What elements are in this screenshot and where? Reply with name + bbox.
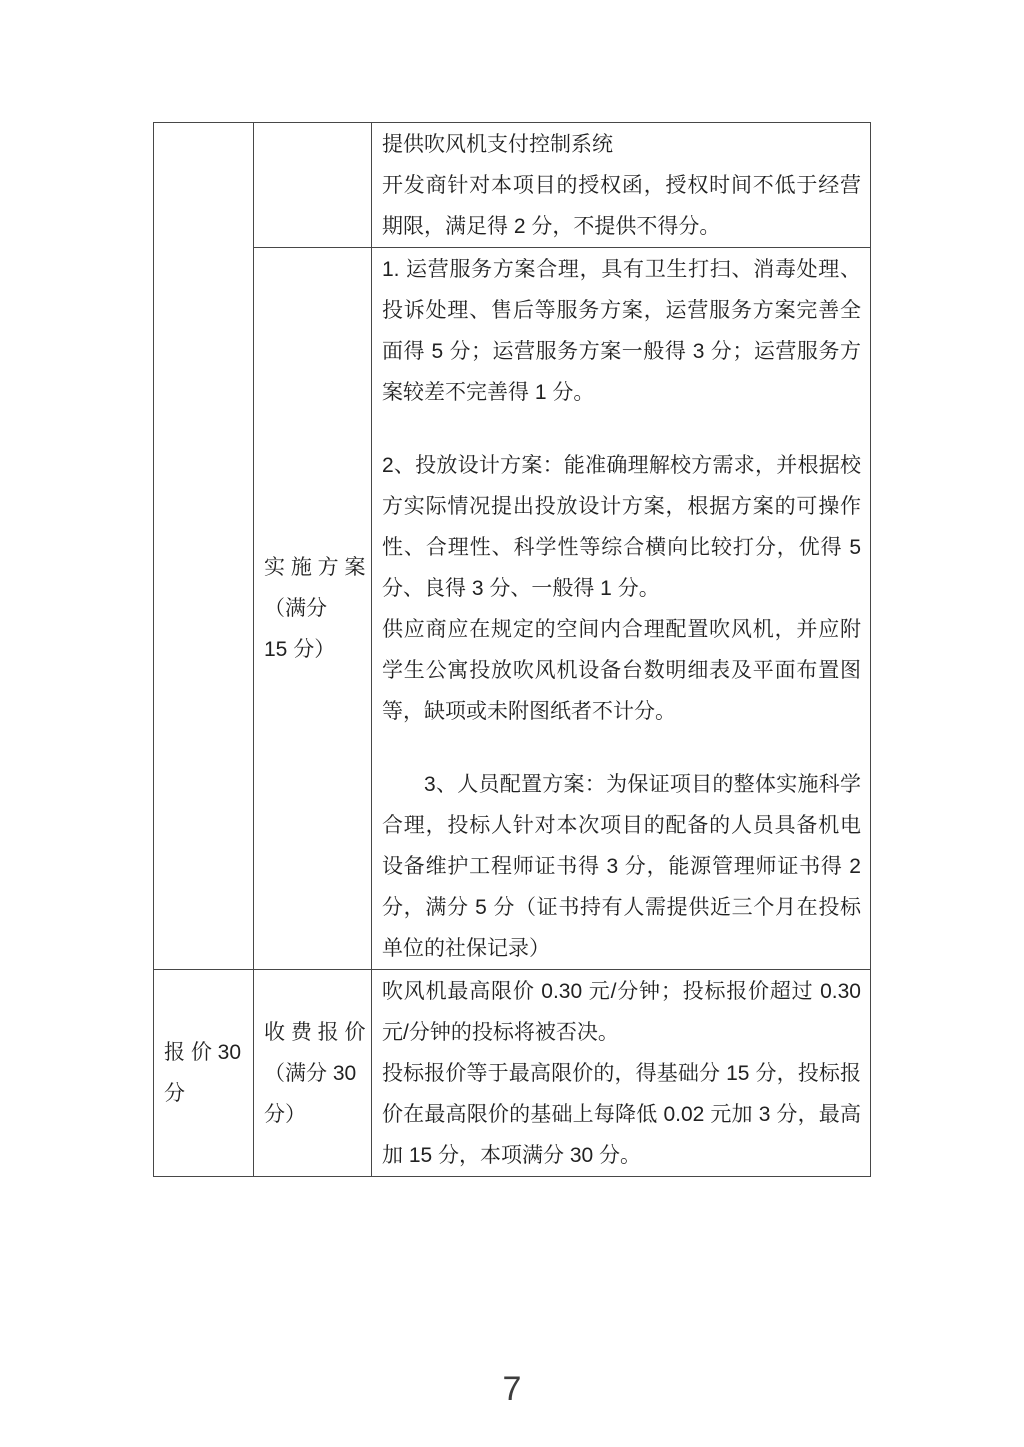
label-line: （满分 [264, 588, 365, 629]
paragraph: 供应商应在规定的空间内合理配置吹风机，并应附学生公寓投放吹风机设备台数明细表及平… [382, 609, 861, 732]
label-line: （满分 30 [264, 1053, 365, 1094]
cell-authorization-criteria: 提供吹风机支付控制系统 开发商针对本项目的授权函，授权时间不低于经营期限，满足得… [372, 123, 871, 248]
evaluation-criteria-table: 提供吹风机支付控制系统 开发商针对本项目的授权函，授权时间不低于经营期限，满足得… [153, 122, 871, 1177]
document-page: 提供吹风机支付控制系统 开发商针对本项目的授权函，授权时间不低于经营期限，满足得… [0, 0, 1024, 1447]
label-line: 分 [164, 1073, 247, 1114]
label-line: 报 价 30 [164, 1032, 247, 1073]
paragraph: 1. 运营服务方案合理，具有卫生打扫、消毒处理、投诉处理、售后等服务方案，运营服… [382, 249, 861, 413]
paragraph: 吹风机最高限价 0.30 元/分钟；投标报价超过 0.30 元/分钟的投标将被否… [382, 971, 861, 1053]
cell-quotation-label: 报 价 30 分 [154, 970, 254, 1177]
cell-category-merged-empty [154, 123, 254, 970]
table-row: 提供吹风机支付控制系统 开发商针对本项目的授权函，授权时间不低于经营期限，满足得… [154, 123, 871, 248]
table-row: 报 价 30 分 收 费 报 价 （满分 30 分） 吹风机最高限价 0.30 … [154, 970, 871, 1177]
cell-implementation-plan-criteria: 1. 运营服务方案合理，具有卫生打扫、消毒处理、投诉处理、售后等服务方案，运营服… [372, 248, 871, 970]
paragraph: 提供吹风机支付控制系统 [382, 124, 861, 165]
cell-subitem-empty [254, 123, 372, 248]
paragraph: 开发商针对本项目的授权函，授权时间不低于经营期限，满足得 2 分，不提供不得分。 [382, 165, 861, 247]
paragraph: 投标报价等于最高限价的，得基础分 15 分，投标报价在最高限价的基础上每降低 0… [382, 1053, 861, 1176]
cell-implementation-plan-label: 实 施 方 案 （满分 15 分） [254, 248, 372, 970]
paragraph: 2、投放设计方案：能准确理解校方需求，并根据校方实际情况提出投放设计方案，根据方… [382, 445, 861, 609]
page-number: 7 [0, 1370, 1024, 1409]
label-line: 收 费 报 价 [264, 1012, 365, 1053]
cell-quotation-criteria: 吹风机最高限价 0.30 元/分钟；投标报价超过 0.30 元/分钟的投标将被否… [372, 970, 871, 1177]
table-row: 实 施 方 案 （满分 15 分） 1. 运营服务方案合理，具有卫生打扫、消毒处… [154, 248, 871, 970]
label-line: 分） [264, 1094, 365, 1135]
label-line: 15 分） [264, 629, 365, 670]
paragraph: 3、人员配置方案：为保证项目的整体实施科学合理，投标人针对本次项目的配备的人员具… [382, 764, 861, 969]
label-line: 实 施 方 案 [264, 547, 365, 588]
cell-fee-quotation-label: 收 费 报 价 （满分 30 分） [254, 970, 372, 1177]
